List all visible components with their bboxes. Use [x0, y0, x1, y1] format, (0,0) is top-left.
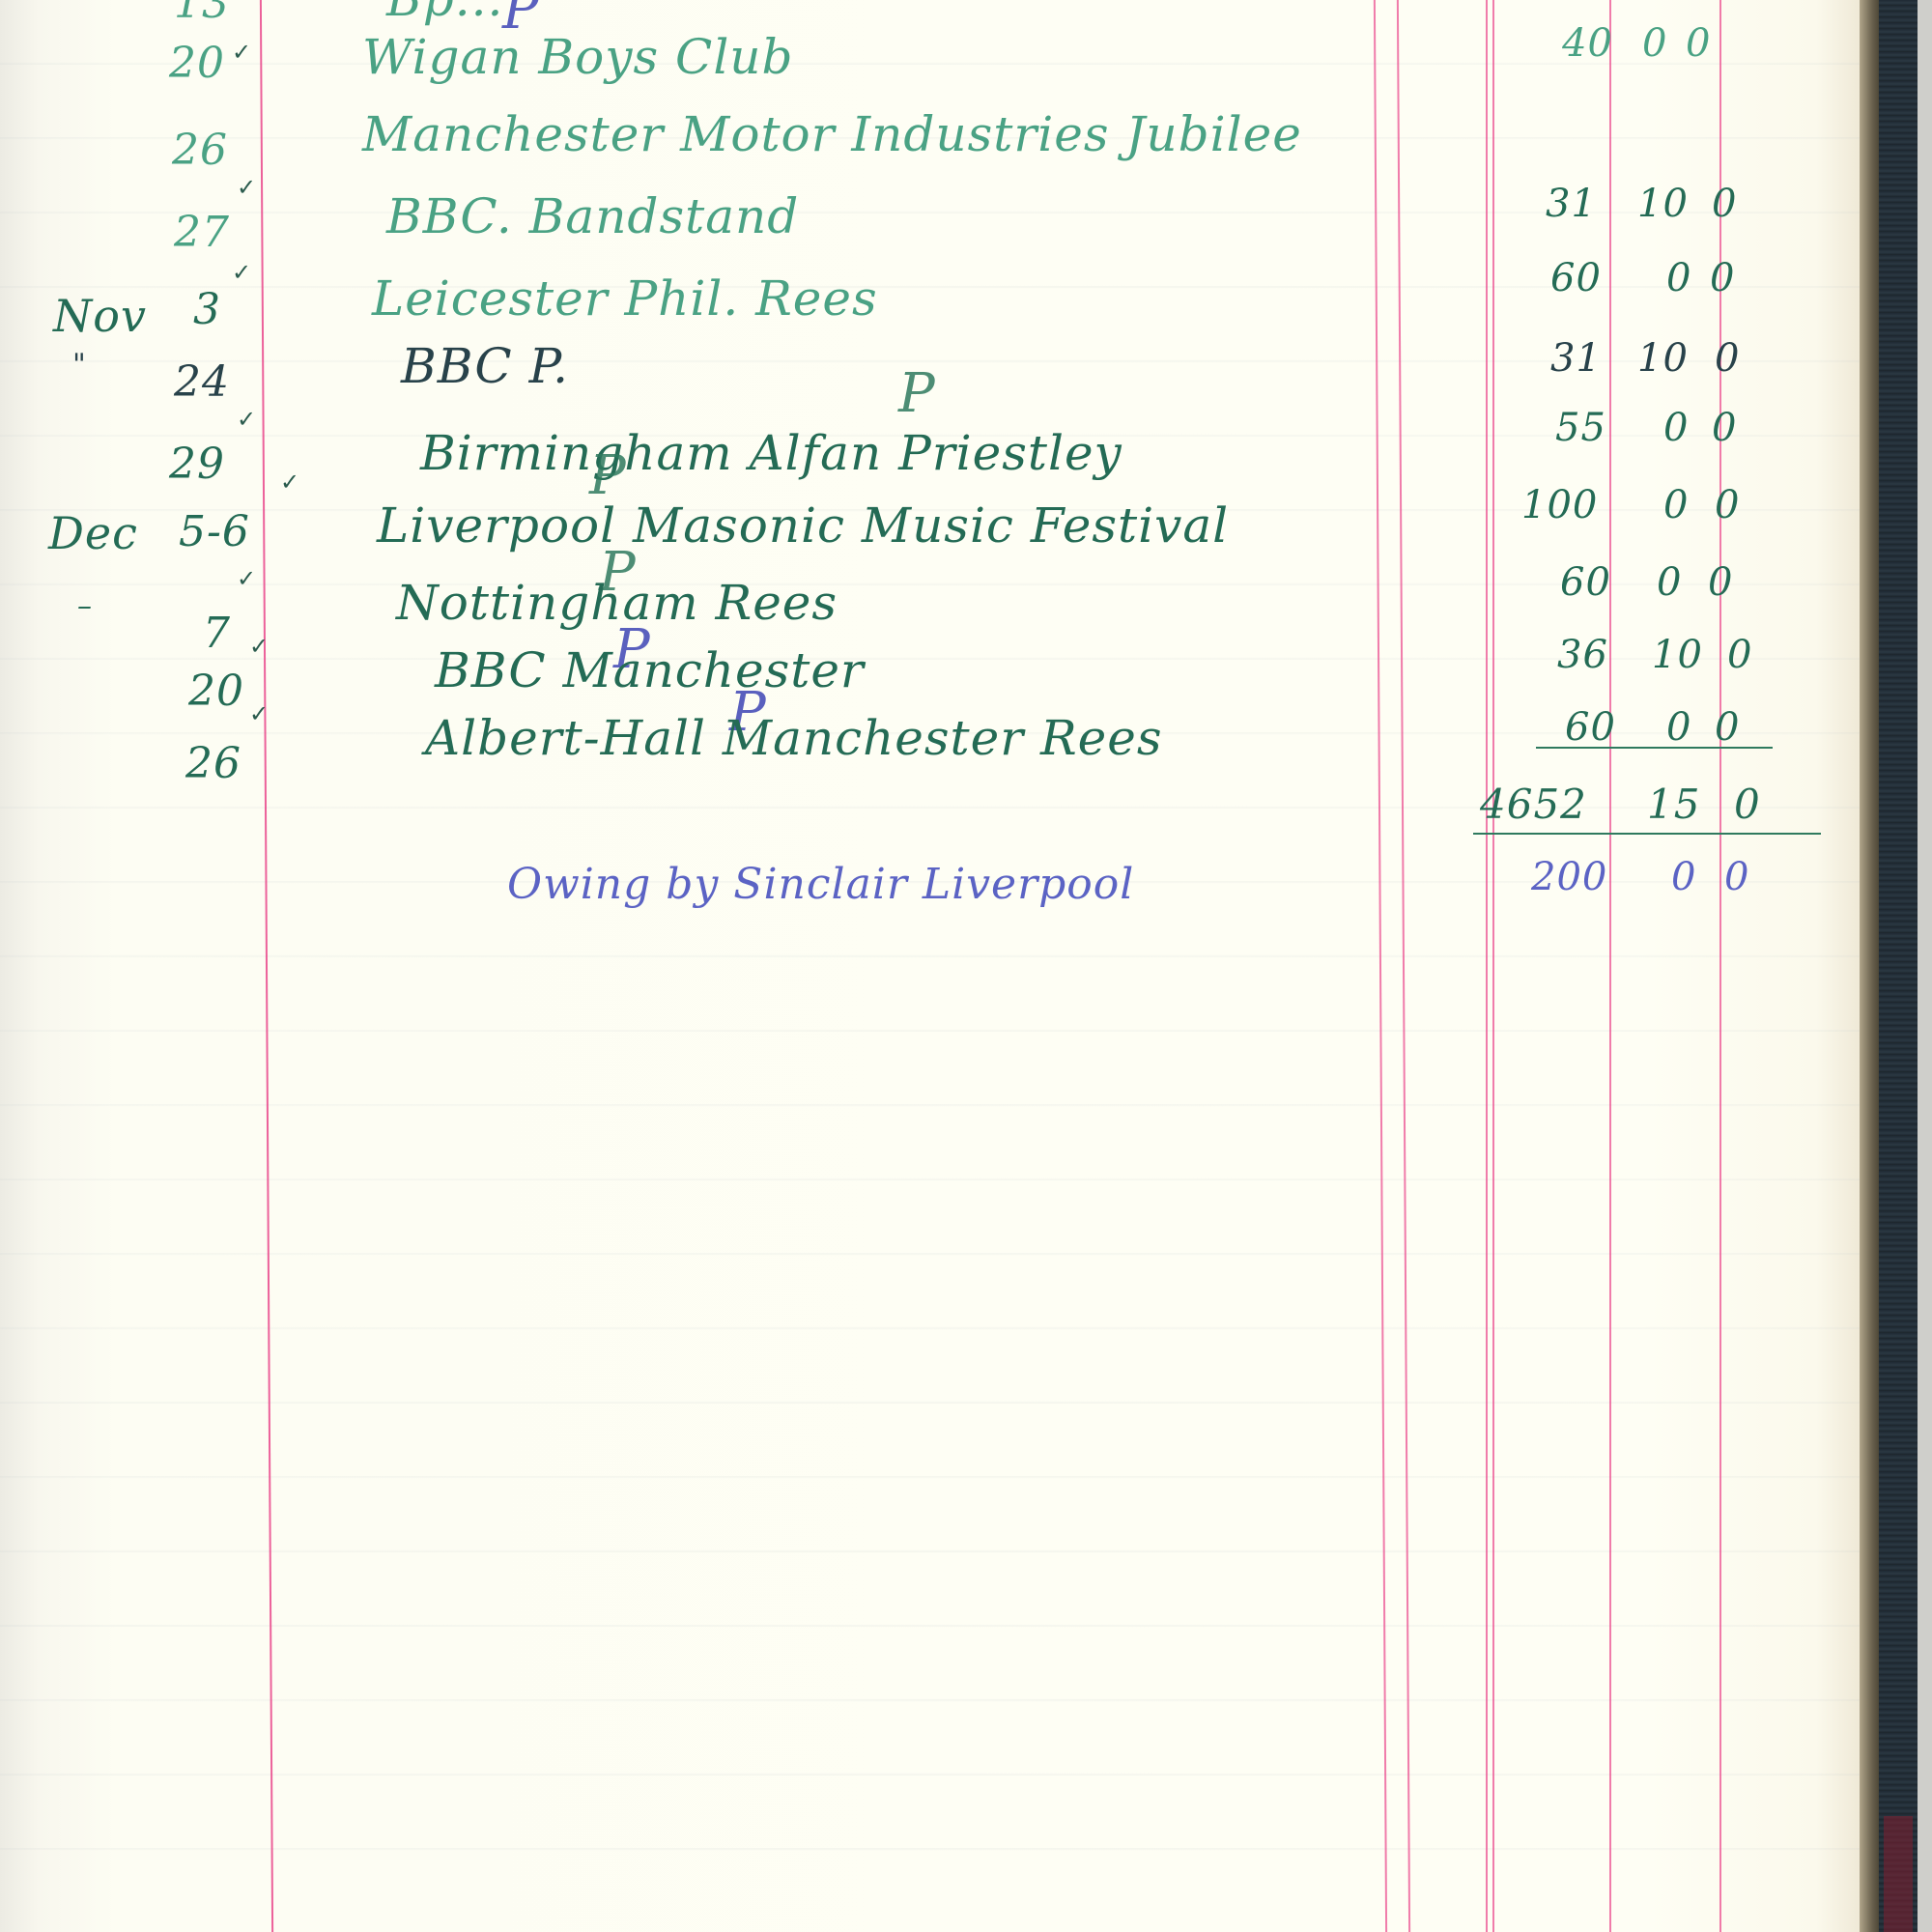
- entry-pence: 0: [1712, 406, 1737, 450]
- tick-icon: ✓: [232, 39, 251, 66]
- entry-pounds: 55: [1555, 406, 1606, 450]
- entry-pence: 0: [1715, 336, 1740, 381]
- money-rule-2: [1492, 0, 1494, 1932]
- entry-pence: 0: [1686, 21, 1711, 66]
- tick-icon: ✓: [249, 700, 269, 727]
- entry-pounds: 60: [1565, 705, 1616, 750]
- entry-shillings: 0: [1663, 483, 1689, 527]
- entry-pounds: 31: [1550, 336, 1602, 381]
- entry-description: BBC P.: [401, 338, 569, 394]
- entry-pence: 0: [1708, 560, 1733, 605]
- entry-shillings: 0: [1666, 256, 1691, 300]
- entry-shillings: 0: [1666, 705, 1691, 750]
- binding-red-thread: [1884, 1816, 1913, 1932]
- entry-pence: 0: [1727, 633, 1752, 677]
- entry-pence: 0: [1715, 705, 1740, 750]
- tick-icon: ✓: [237, 174, 256, 201]
- entry-month: Nov: [53, 290, 147, 342]
- entry-shillings: 10: [1637, 336, 1689, 381]
- entry-day: 5-6: [179, 507, 250, 556]
- entry-description: Wigan Boys Club: [362, 29, 794, 85]
- entry-shillings: 10: [1637, 182, 1689, 226]
- tick-icon: ✓: [237, 406, 256, 433]
- entry-month-ditto: –: [77, 589, 93, 623]
- entry-shillings: 0: [1663, 406, 1689, 450]
- entry-day: 26: [185, 739, 241, 788]
- entry-day-partial: 13: [174, 0, 230, 28]
- entry-day: 3: [193, 285, 221, 334]
- entry-month: Dec: [48, 507, 138, 559]
- ledger-page: 13 Bp... P 20 ✓ Wigan Boys Club 40 0 0 2…: [0, 0, 1860, 1932]
- entry-pence: 0: [1710, 256, 1735, 300]
- pounds-shillings-rule: [1609, 0, 1611, 1932]
- entry-description: Liverpool Masonic Music Festival: [377, 497, 1229, 554]
- entry-description: Leicester Phil. Rees: [372, 270, 878, 327]
- entry-description: Manchester Motor Industries Jubilee: [362, 106, 1302, 162]
- entry-day: 20: [169, 39, 225, 88]
- entry-description: BBC. Bandstand: [386, 188, 799, 244]
- total-pence: 0: [1734, 781, 1761, 828]
- entry-pounds: 100: [1521, 483, 1598, 527]
- entry-day: 27: [174, 208, 230, 257]
- owing-pence: 0: [1724, 855, 1749, 899]
- entry-day: 24: [174, 357, 230, 407]
- entry-day: 29: [169, 440, 225, 489]
- entry-pounds: 36: [1557, 633, 1608, 677]
- entry-shillings: 0: [1657, 560, 1682, 605]
- entry-pounds: 40: [1526, 21, 1613, 66]
- total-shillings: 15: [1647, 781, 1700, 828]
- paid-mark-icon: P: [898, 362, 935, 425]
- entry-description: Birmingham Alfan Priestley: [420, 425, 1122, 481]
- entry-description: BBC Manchester: [435, 642, 865, 698]
- entry-pounds: 60: [1550, 256, 1602, 300]
- entry-pounds: 60: [1560, 560, 1611, 605]
- background-surface: [1918, 0, 1932, 1932]
- book-binding: [1879, 0, 1918, 1932]
- entry-pence: 0: [1712, 182, 1737, 226]
- entry-day: 7: [203, 609, 231, 658]
- tick-icon: ✓: [249, 633, 269, 660]
- tick-icon: ✓: [232, 259, 251, 286]
- owing-shillings: 0: [1671, 855, 1696, 899]
- owing-note: Owing by Sinclair Liverpool: [507, 860, 1134, 909]
- entry-day: 20: [188, 667, 244, 716]
- entry-shillings: 0: [1642, 21, 1667, 66]
- money-rule-1: [1486, 0, 1488, 1932]
- owing-pounds: 200: [1531, 855, 1607, 899]
- entry-desc-partial: Bp...: [386, 0, 503, 27]
- tick-icon: ✓: [237, 565, 256, 592]
- entry-pence: 0: [1715, 483, 1740, 527]
- tick-icon: ✓: [280, 469, 299, 496]
- entry-description: Albert-Hall Manchester Rees: [425, 710, 1163, 766]
- page-edge: [1860, 0, 1879, 1932]
- entry-month-ditto: ": [72, 348, 87, 382]
- entry-day: 26: [172, 126, 228, 175]
- entry-pounds: 31: [1546, 182, 1597, 226]
- total-underline: [1473, 833, 1821, 835]
- subtotal-underline: [1536, 747, 1773, 749]
- total-pounds: 4652: [1480, 781, 1587, 828]
- entry-shillings: 10: [1652, 633, 1703, 677]
